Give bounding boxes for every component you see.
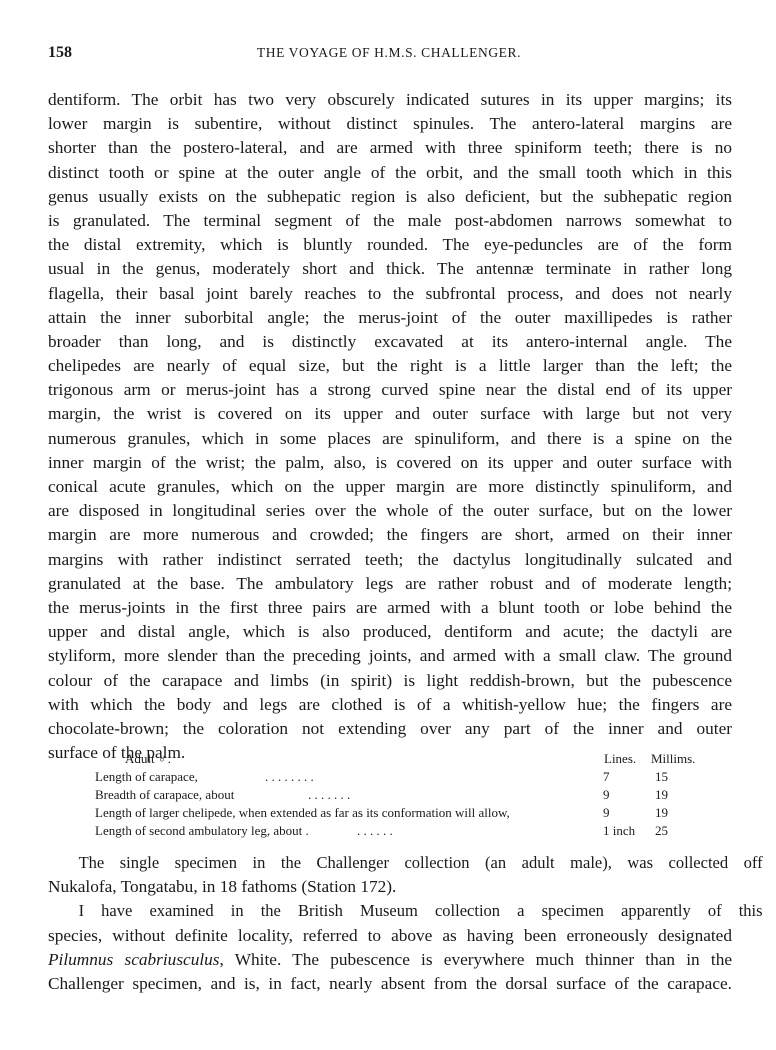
text-line: lower margin is subentire, without disti…: [48, 112, 732, 136]
text-line: shorter than the postero-lateral, and ar…: [48, 136, 732, 160]
paragraph-description: dentiform. The orbit has two very obscur…: [48, 88, 732, 765]
text-line: margin, the wrist is covered on its uppe…: [48, 402, 732, 426]
value-millims: 25: [655, 822, 705, 840]
leader-dots: . . . . . .: [357, 822, 393, 840]
page-header: 158 THE VOYAGE OF H.M.S. CHALLENGER.: [48, 44, 730, 64]
text-line: I have examined in the British Museum co…: [48, 899, 763, 923]
text-line: usual in the genus, moderately short and…: [48, 257, 732, 281]
text-line: Challenger specimen, and is, in fact, ne…: [48, 972, 732, 996]
text-line: dentiform. The orbit has two very obscur…: [48, 88, 732, 112]
text-line: margin are more numerous and crowded; th…: [48, 523, 732, 547]
measurement-label: Length of larger chelipede, when extende…: [95, 804, 510, 822]
text-line: inner margin of the wrist; the palm, als…: [48, 451, 732, 475]
text-line: chelipedes are nearly of equal size, but…: [48, 354, 732, 378]
value-lines: 9: [603, 786, 643, 804]
text-line: chocolate-brown; the coloration not exte…: [48, 717, 732, 741]
text-fragment: , White. The pubescence is everywhere mu…: [220, 950, 732, 969]
value-lines: 1 inch: [603, 822, 643, 840]
text-line: Nukalofa, Tongatabu, in 18 fathoms (Stat…: [48, 875, 732, 899]
text-line: flagella, their basal joint barely reach…: [48, 282, 732, 306]
table-row: Length of larger chelipede, when extende…: [95, 804, 715, 822]
table-row: Length of carapace, . . . . . . . . 7 15: [95, 768, 715, 786]
running-title: THE VOYAGE OF H.M.S. CHALLENGER.: [48, 45, 730, 61]
text-line: with which the body and legs are clothed…: [48, 693, 732, 717]
column-header-lines: Lines.: [604, 750, 636, 768]
value-millims: 19: [655, 804, 705, 822]
value-millims: 19: [655, 786, 705, 804]
value-lines: 9: [603, 804, 643, 822]
table-row: Length of second ambulatory leg, about .…: [95, 822, 715, 840]
leader-dots: . . . . . . . .: [265, 768, 314, 786]
value-millims: 15: [655, 768, 705, 786]
text-line: genus usually exists on the subhepatic r…: [48, 185, 732, 209]
leader-dots: . . . . . . .: [308, 786, 350, 804]
text-line: the merus-joints in the first three pair…: [48, 596, 732, 620]
text-line: upper and distal angle, which is also pr…: [48, 620, 732, 644]
text-line: styliform, more slender than the precedi…: [48, 644, 732, 668]
table-row: Breadth of carapace, about . . . . . . .…: [95, 786, 715, 804]
text-line: are disposed in longitudinal series over…: [48, 499, 732, 523]
column-header-millims: Millims.: [651, 750, 695, 768]
measurement-label: Length of second ambulatory leg, about .: [95, 822, 309, 840]
text-line: margins with rather indistinct serrated …: [48, 548, 732, 572]
text-line: the distal extremity, which is bluntly r…: [48, 233, 732, 257]
measurements-table: Adult ♂. Lines. Millims. Length of carap…: [95, 750, 715, 840]
text-line: colour of the carapace and limbs (in spi…: [48, 669, 732, 693]
text-line: attain the inner suborbital angle; the m…: [48, 306, 732, 330]
species-name: Pilumnus scabriusculus: [48, 950, 220, 969]
text-line: The single specimen in the Challenger co…: [48, 851, 763, 875]
text-line: conical acute granules, which on the upp…: [48, 475, 732, 499]
value-lines: 7: [603, 768, 643, 786]
text-line: trigonous arm or merus-joint has a stron…: [48, 378, 732, 402]
text-line: broader than long, and is distinctly exc…: [48, 330, 732, 354]
table-caption: Adult ♂.: [125, 750, 171, 768]
text-line: numerous granules, which in some places …: [48, 427, 732, 451]
text-line: distinct tooth or spine at the outer ang…: [48, 161, 732, 185]
text-line: granulated at the base. The ambulatory l…: [48, 572, 732, 596]
measurements-header-row: Adult ♂. Lines. Millims.: [95, 750, 715, 768]
measurement-label: Breadth of carapace, about: [95, 786, 234, 804]
text-line: is granulated. The terminal segment of t…: [48, 209, 732, 233]
text-line: species, without definite locality, refe…: [48, 924, 732, 948]
paragraph-collection: The single specimen in the Challenger co…: [48, 851, 732, 996]
text-line: Pilumnus scabriusculus, White. The pubes…: [48, 948, 732, 972]
measurement-label: Length of carapace,: [95, 768, 198, 786]
